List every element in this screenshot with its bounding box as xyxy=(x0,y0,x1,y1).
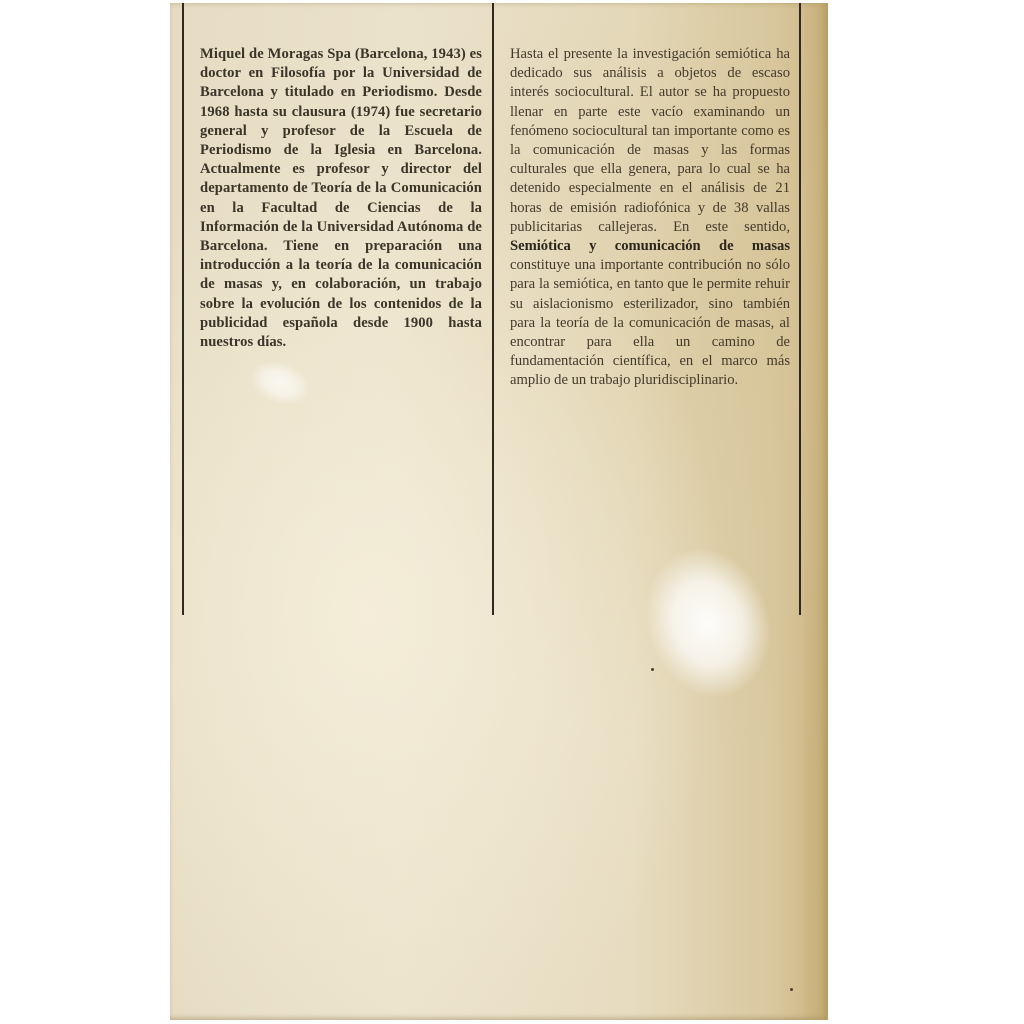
author-bio-text: Miquel de Moragas Spa (Barcelona, 1943) … xyxy=(200,45,482,352)
paper-speck xyxy=(651,668,654,671)
synopsis-text-conclusion: constituye una importante contribución n… xyxy=(510,257,790,388)
book-synopsis: Hasta el presente la investigación semió… xyxy=(510,45,790,391)
paper-speck xyxy=(790,988,793,991)
synopsis-paragraph: Hasta el presente la investigación semió… xyxy=(510,45,790,391)
author-biography: Miquel de Moragas Spa (Barcelona, 1943) … xyxy=(200,45,482,352)
synopsis-text-intro: Hasta el presente la investigación semió… xyxy=(510,46,790,235)
light-glare xyxy=(628,533,788,713)
right-vertical-rule xyxy=(799,3,801,615)
light-glare-small xyxy=(245,354,315,412)
book-title: Semiótica y comunicación de masas xyxy=(510,238,790,254)
middle-vertical-rule xyxy=(492,3,494,615)
left-vertical-rule xyxy=(182,3,184,615)
cover-spine-shadow xyxy=(800,3,828,1020)
book-back-cover: Miquel de Moragas Spa (Barcelona, 1943) … xyxy=(170,3,828,1020)
